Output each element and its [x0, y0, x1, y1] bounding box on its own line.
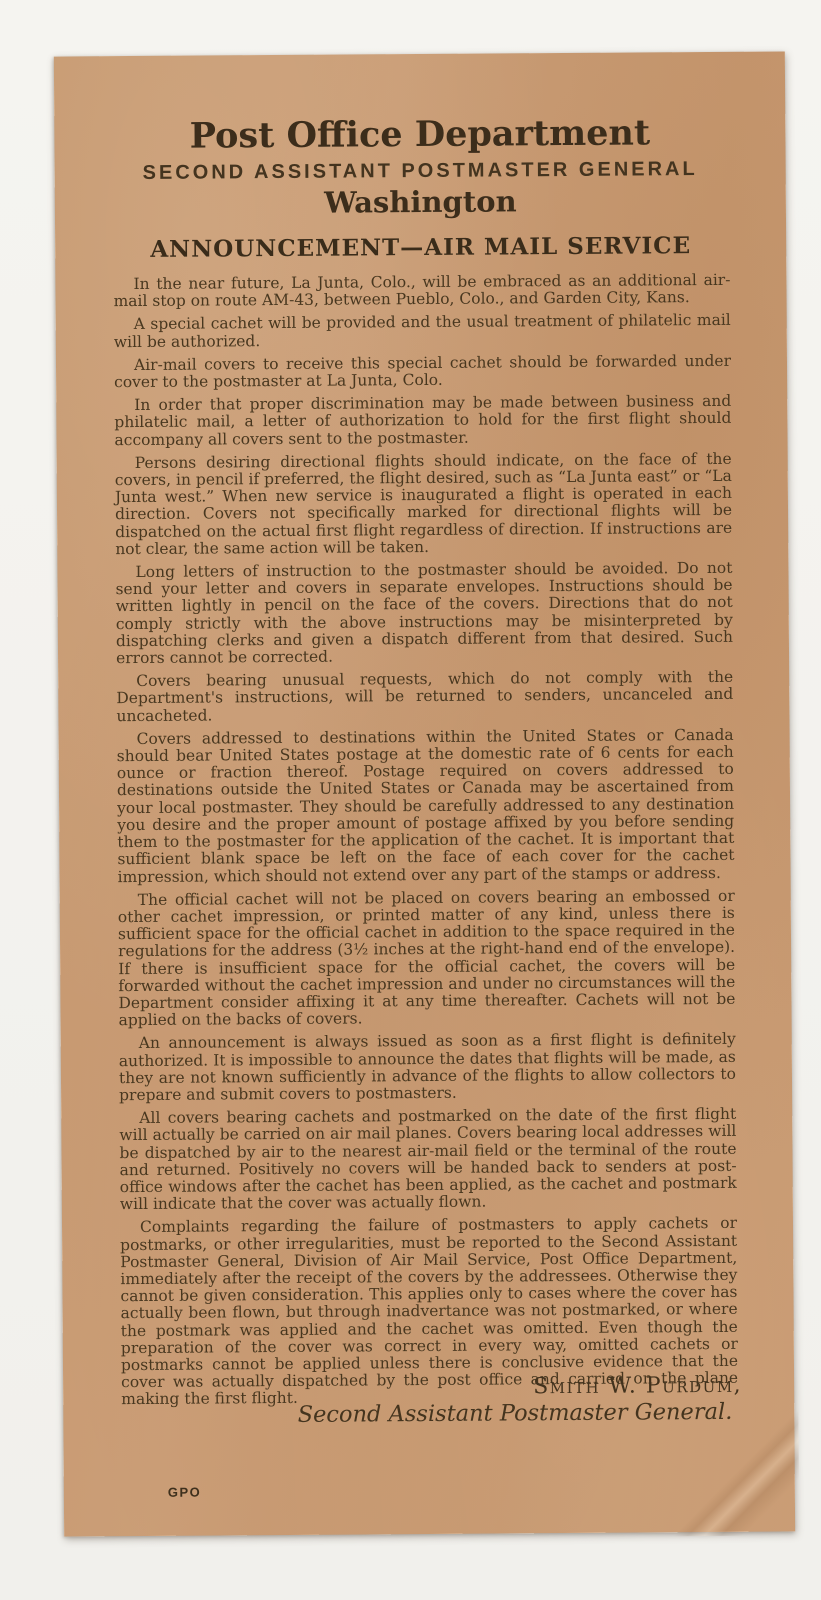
paragraph-instructions: Long letters of instruction to the postm… [115, 560, 733, 668]
office-subtitle: SECOND ASSISTANT POSTMASTER GENERAL [55, 157, 786, 185]
paragraph-official-cachet: The official cachet will not be placed o… [118, 888, 736, 1030]
paragraph-unusual-requests: Covers bearing unusual requests, which d… [116, 669, 733, 725]
document-body: In the near future, La Junta, Colo., wil… [55, 258, 794, 1409]
paragraph-postage: Covers addressed to destinations within … [117, 727, 735, 886]
paragraph-forwarding: Air-mail covers to receive this special … [114, 353, 731, 392]
paragraph-directional-flights: Persons desiring directional flights sho… [115, 451, 733, 559]
city-line: Washington [55, 182, 786, 221]
document-paper: Post Office Department SECOND ASSISTANT … [54, 51, 795, 1536]
paragraph-intro: In the near future, La Junta, Colo., wil… [113, 272, 730, 311]
department-title: Post Office Department [54, 111, 785, 157]
scan-background: Post Office Department SECOND ASSISTANT … [0, 0, 821, 1600]
paragraph-announcement-timing: An announcement is always issued as soon… [119, 1031, 736, 1104]
paragraph-carriage: All covers bearing cachets and postmarke… [119, 1106, 737, 1214]
announcement-title: ANNOUNCEMENT—AIR MAIL SERVICE [55, 231, 786, 263]
gpo-imprint: GPO [168, 1485, 202, 1500]
paragraph-authorization: In order that proper discrimination may … [114, 393, 731, 449]
document-header: Post Office Department SECOND ASSISTANT … [54, 51, 786, 263]
paper-crease [648, 1405, 799, 1536]
paragraph-cachet: A special cachet will be provided and th… [114, 312, 731, 351]
